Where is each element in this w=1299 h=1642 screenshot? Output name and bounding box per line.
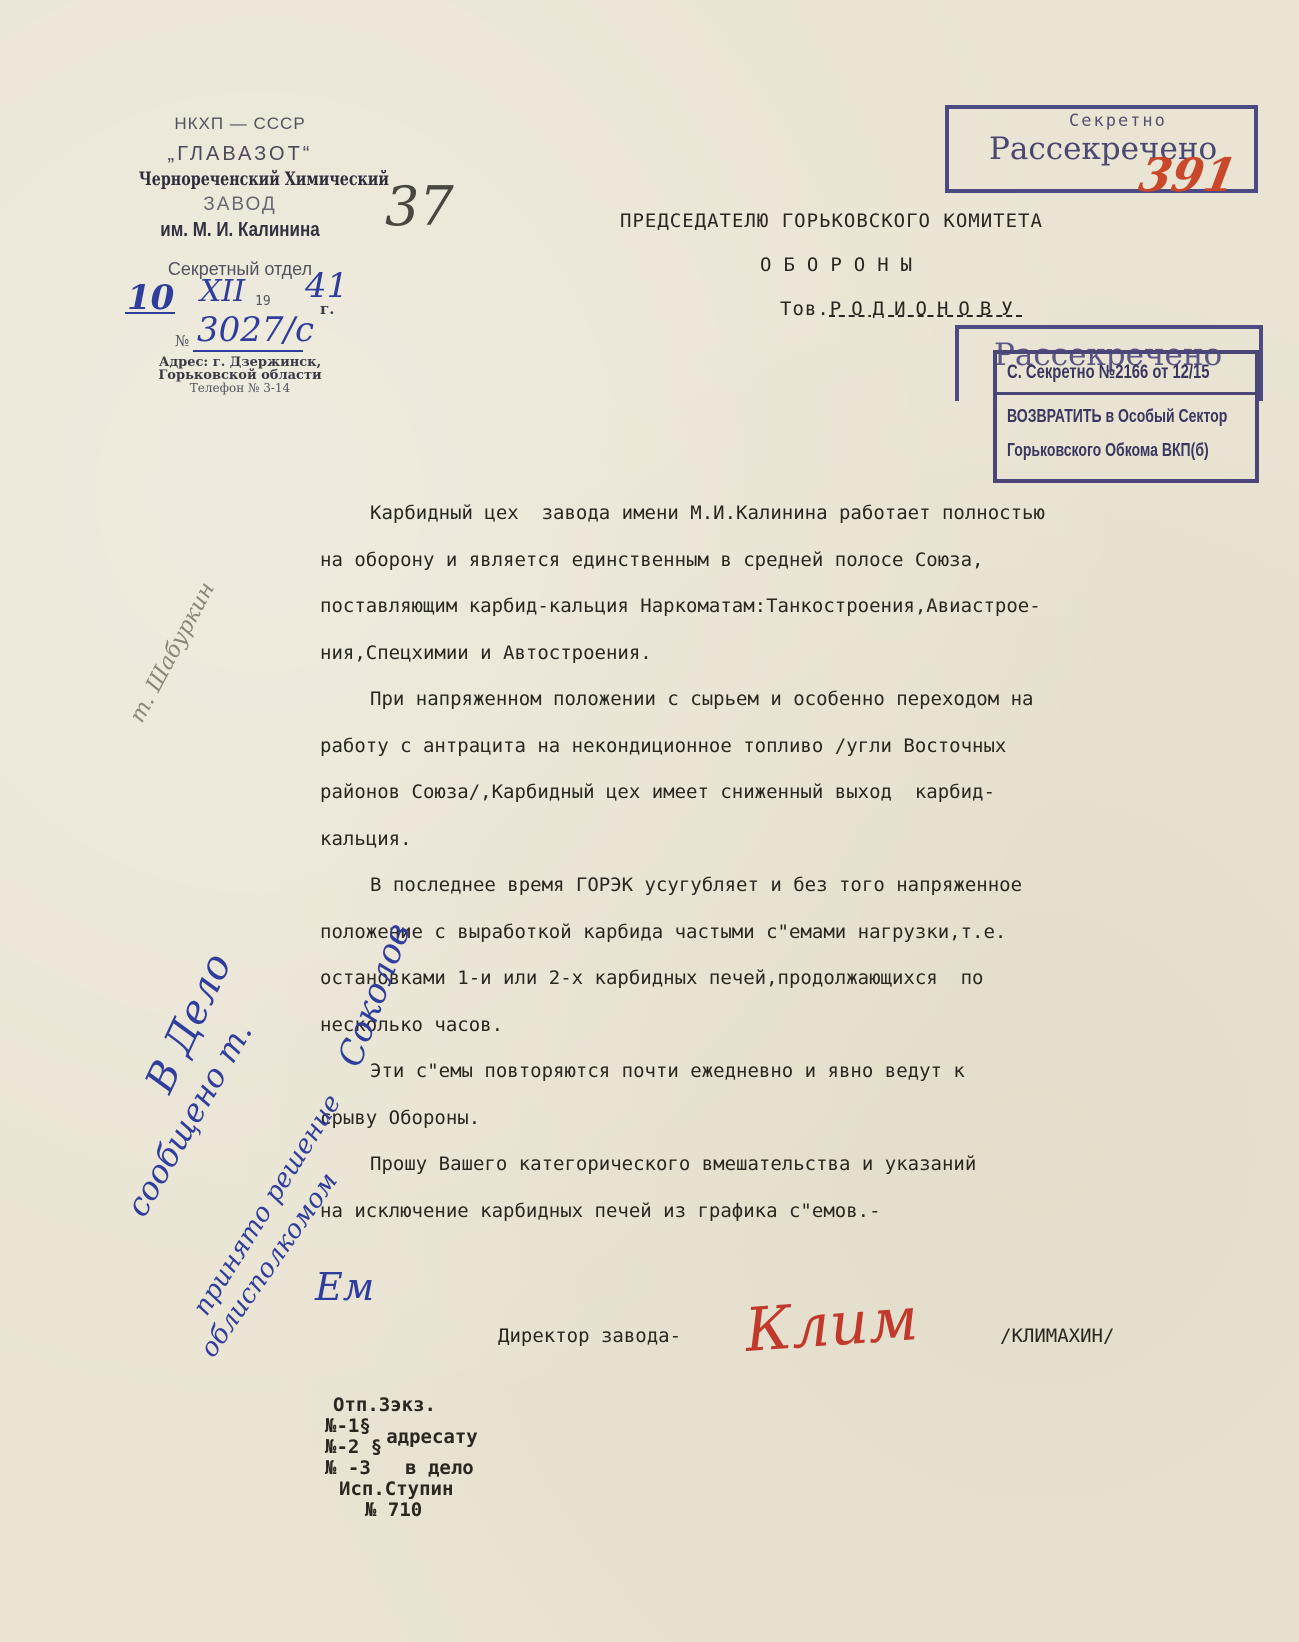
body-line: Прошу Вашего категорического вмешательст… <box>320 1141 1270 1188</box>
date-month: XII <box>200 274 245 309</box>
body-line: В последнее время ГОРЭК усугубляет и без… <box>320 862 1270 909</box>
copies-line: Отп.3экз. <box>325 1395 478 1416</box>
return-line1: ВОЗВРАТИТЬ в Особый Сектор <box>1007 406 1227 427</box>
copy3-line: № -3 в дело <box>325 1458 478 1479</box>
archive-number-handwritten: 37 <box>385 175 454 238</box>
trust-label: „ГЛАВАЗОТ“ <box>105 144 375 164</box>
stamp-divider <box>997 392 1255 395</box>
signatory-title: Директор завода- <box>498 1325 681 1347</box>
pencil-marginal-note: т. Шабуркин <box>125 578 220 727</box>
copy2-label: №-2 § <box>325 1436 382 1458</box>
outgoing-number-field: № 3027/с <box>105 316 375 356</box>
signatory-name: /КЛИМАХИН/ <box>1000 1325 1114 1347</box>
return-line2: Горьковского Обкома ВКП(б) <box>1007 440 1209 461</box>
red-handwritten-number: 391 <box>1135 148 1241 202</box>
secret-number-row: С. Секретно №2166 от 12/15 <box>1007 362 1210 384</box>
body-line: на исключение карбидных печей из графика… <box>320 1188 1270 1235</box>
addressee-line1: ПРЕДСЕДАТЕЛЮ ГОРЬКОВСКОГО КОМИТЕТА <box>620 210 1043 232</box>
phone-label: Телефон № 3-14 <box>105 382 375 394</box>
body-line: работу с антрацита на некондиционное топ… <box>320 723 1270 770</box>
body-line: несколько часов. <box>320 1002 1270 1049</box>
date-underline <box>125 312 175 314</box>
body-line: остановками 1-и или 2-х карбидных печей,… <box>320 955 1270 1002</box>
body-line: Эти с"емы повторяются почти ежедневно и … <box>320 1048 1270 1095</box>
executor-line: Исп.Ступин <box>325 1479 478 1500</box>
plant-name-line2: ЗАВОД <box>105 195 375 214</box>
addressee-line3: Тов.РОДИОНОВУ <box>780 298 1043 320</box>
body-line: районов Союза/,Карбидный цех имеет сниже… <box>320 769 1270 816</box>
body-line: поставляющим карбид-кальция Наркоматам:Т… <box>320 583 1270 630</box>
body-line: на оборону и является единственным в сре… <box>320 537 1270 584</box>
addressee-name: РОДИОНОВУ <box>830 298 1023 320</box>
return-to-special-sector-stamp: С. Секретно №2166 от 12/15 ВОЗВРАТИТЬ в … <box>993 350 1259 483</box>
to-addressee-label: адресату <box>382 1426 478 1448</box>
letter-body: Карбидный цех завода имени М.И.Калинина … <box>320 490 1270 1234</box>
plant-name-line1: Чернореченский Химический <box>139 170 342 189</box>
body-line: кальция. <box>320 816 1270 863</box>
body-line: ния,Спецхимии и Автостроения. <box>320 630 1270 677</box>
secret-label: Секретно <box>1069 111 1167 131</box>
addressee-block: ПРЕДСЕДАТЕЛЮ ГОРЬКОВСКОГО КОМИТЕТА ОБОРО… <box>620 210 1043 320</box>
ministry-label: НКХП — СССР <box>105 115 375 132</box>
body-line: Карбидный цех завода имени М.И.Калинина … <box>320 490 1270 537</box>
handwritten-signature: Клим <box>743 1284 920 1366</box>
number-underline <box>193 350 303 352</box>
copy2-line: №-2 §адресату <box>325 1437 478 1458</box>
registry-number-line: № 710 <box>325 1500 478 1521</box>
number-value: 3027/с <box>197 310 314 350</box>
number-label: № <box>175 332 189 350</box>
plant-name-line3: им. М. И. Калинина <box>125 220 355 240</box>
copy1-label: №-1§ <box>325 1415 371 1437</box>
body-line: При напряженном положении с сырьем и осо… <box>320 676 1270 723</box>
distribution-footer: Отп.3экз. №-1§ №-2 §адресату № -3 в дело… <box>325 1395 478 1521</box>
date-year-prefix: 19 <box>255 294 271 309</box>
body-line: срыву Обороны. <box>320 1095 1270 1142</box>
letterhead-stamp: НКХП — СССР „ГЛАВАЗОТ“ Чернореченский Хи… <box>105 115 375 394</box>
addressee-prefix: Тов. <box>780 298 830 320</box>
addressee-line2: ОБОРОНЫ <box>760 254 1043 276</box>
blue-initials: Ем <box>315 1265 374 1309</box>
body-line: положение с выработкой карбида частыми с… <box>320 909 1270 956</box>
